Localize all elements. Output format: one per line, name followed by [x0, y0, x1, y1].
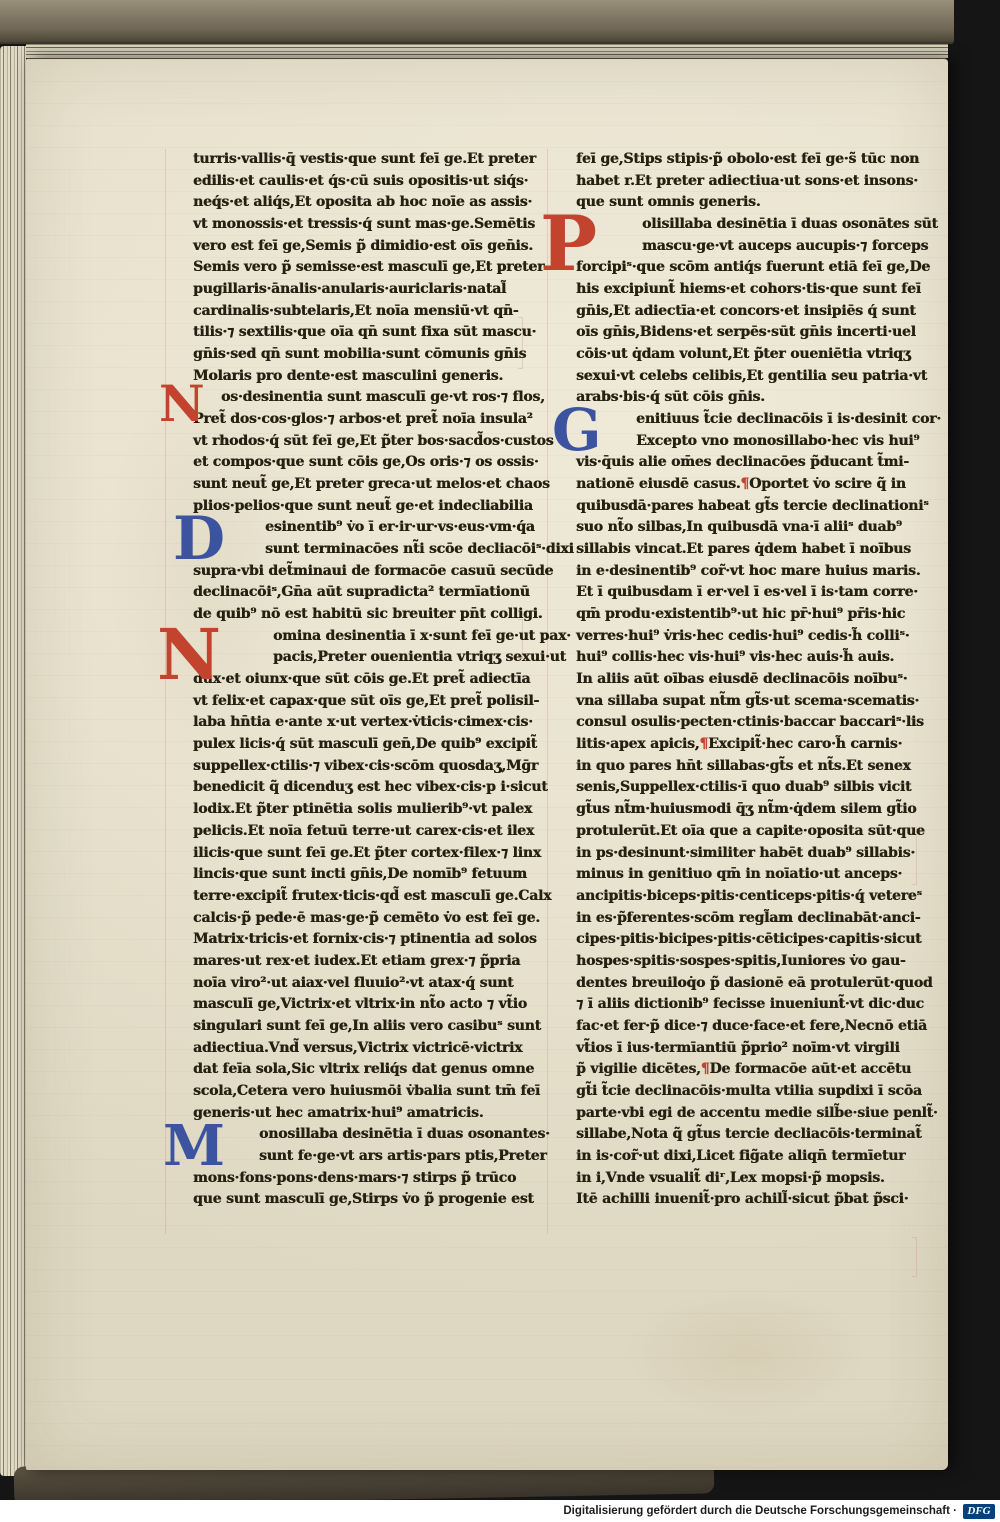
- paragraph: Genitiuus t̃cie declinacōis ī is·desinit…: [576, 409, 938, 1211]
- paragraph: Monosillaba desinētia ī duas osonantes·s…: [193, 1124, 541, 1211]
- dfg-logo: DFG: [963, 1504, 995, 1519]
- text-line: gn̄is,Et adiectīa·et concors·et insipiēs…: [576, 301, 938, 323]
- text-line: suppellex·ctilis·⁊ vibex·cis·scōm quosda…: [193, 756, 541, 778]
- text-line: declinacōiˢ,Gn̄a aūt supradicta² termīat…: [193, 582, 541, 604]
- text-line: forcipiˢ·que scōm antiq́s fuerunt etiā f…: [576, 257, 938, 279]
- text-line: senis,Suppellex·ctilis·ī quo duab⁹ silbi…: [576, 777, 938, 799]
- text-line: ⁊ ī aliis dictionib⁹ fecisse inueniunt̃·…: [576, 994, 938, 1016]
- book-top-edge: [0, 0, 954, 44]
- text-line: calcis·p̃ pede·ē mas·ge·p̃ cemēto v̇o es…: [193, 908, 541, 930]
- text-line: vt monossis·et tressis·q́ sunt mas·ge.Se…: [193, 214, 541, 236]
- text-line: gt̃i t̃cie declinacōis·multa vtilia supd…: [576, 1081, 938, 1103]
- text-line: in quo pares hn̄t sillabas·gt̃s et nt̃s.…: [576, 756, 938, 778]
- illuminated-initial: M: [163, 1118, 225, 1174]
- text-line: in i,Vnde vsualit̃ diʳ,Lex mopsi·p̃ mops…: [576, 1168, 938, 1190]
- text-line: lodix.Et p̃ter ptinētia solis mulierib⁹·…: [193, 799, 541, 821]
- text-line: in es·p̃ferentes·scōm regl̃am declinabāt…: [576, 908, 938, 930]
- text-line: mons·fons·pons·dens·mars·⁊ stirps p̃ trū…: [193, 1168, 541, 1190]
- text-line: Matrix·tricis·et fornix·cis·⁊ ptinentia …: [193, 929, 541, 951]
- text-line: hospes·spitis·sospes·spitis,Iuniores v̇o…: [576, 951, 938, 973]
- text-line: singulari sunt feī ge,In aliis vero casi…: [193, 1016, 541, 1038]
- text-line: sillabe,Nota q̃ gt̃us tercie decliacōis·…: [576, 1124, 938, 1146]
- text-line: onosillaba desinētia ī duas osonantes·: [193, 1124, 541, 1146]
- text-line: arabs·bis·q́ sūt cōis gn̄is.: [576, 387, 938, 409]
- photo-background: turris·vallis·q̄ vestis·que sunt feī ge.…: [0, 0, 1000, 1522]
- text-line: cipes·pitis·bicipes·pitis·cēticipes·capi…: [576, 929, 938, 951]
- text-line: adiectiua.Vnd̃ versus,Victrix victricē·v…: [193, 1038, 541, 1060]
- column-left: turris·vallis·q̄ vestis·que sunt feī ge.…: [193, 149, 541, 1211]
- text-line: feī ge,Stips stipis·p̃ obolo·est feī ge·…: [576, 149, 938, 171]
- page-stack-top-edge: [26, 44, 948, 58]
- text-line: qm̄ produ·existentib⁹·ut hic pr̄·hui⁹ pr…: [576, 604, 938, 626]
- text-line: sunt terminacōes nt̃i scōe decliacōiˢ·di…: [193, 539, 541, 561]
- text-line: hui⁹ collis·hec vis·hui⁹ vis·hec auis·h̃…: [576, 647, 938, 669]
- text-line: gn̄is·sed qn̄ sunt mobilia·sunt cōmunis …: [193, 344, 541, 366]
- text-line: scola,Cetera vero huiusmōi v̇balia sunt …: [193, 1081, 541, 1103]
- text-line: parte·vbi egi de accentu medie silb̃e·si…: [576, 1103, 938, 1125]
- text-line: sunt neut̃ ge,Et preter greca·ut melos·e…: [193, 474, 541, 496]
- dfg-credit-bar: Digitalisierung gefördert durch die Deut…: [0, 1500, 1000, 1522]
- text-line: plios·pelios·que sunt neut̃ ge·et indecl…: [193, 496, 541, 518]
- text-line: tilis·⁊ sextilis·que oīa qn̄ sunt fixa s…: [193, 322, 541, 344]
- text-line: enitiuus t̃cie declinacōis ī is·desinit …: [576, 409, 938, 431]
- text-line: vt felix·et capax·que sūt oīs ge,Et pret…: [193, 691, 541, 713]
- text-line: In aliis aūt oības eiusdē declinacōis no…: [576, 669, 938, 691]
- illuminated-initial: G: [552, 401, 601, 459]
- dfg-credit-text: Digitalisierung gefördert durch die Deut…: [563, 1505, 957, 1517]
- text-line: Itē achilli inuenit̃·pro achill̃·sicut p…: [576, 1189, 938, 1211]
- text-line: vero est feī ge,Semis p̃ dimidio·est oīs…: [193, 236, 541, 258]
- text-line: minus in genitiuo qm̄ in noīatio·ut ance…: [576, 864, 938, 886]
- text-line: quibusdā·pares habeat gt̃s tercie declin…: [576, 496, 938, 518]
- text-line: gt̃us nt̃m·huiusmodi q̄ʒ nt̃m·q̇dem sile…: [576, 799, 938, 821]
- page-stain: [626, 1289, 866, 1419]
- text-line: pulex licis·q́ sūt masculī gen̄,De quib⁹…: [193, 734, 541, 756]
- paragraph: Polisillaba desinētia ī duas osonātes sū…: [576, 214, 938, 409]
- text-line: cardinalis·subtelaris,Et noīa mensiū·vt …: [193, 301, 541, 323]
- page-stack-left-edge: [0, 46, 26, 1476]
- text-line: verres·hui⁹ v̇ris·hec cedis·hui⁹ cedis·h…: [576, 626, 938, 648]
- text-line: supra·vbi det̃minaui de formacōe casuū s…: [193, 561, 541, 583]
- text-line: laba hn̄tia e·ante x·ut vertex·v̇ticis·c…: [193, 712, 541, 734]
- text-line: mares·ut rex·et iudex.Et etiam grex·⁊ p̃…: [193, 951, 541, 973]
- pilcrow-mark: ¶: [699, 736, 708, 752]
- text-line: neq́s·et aliq́s,Et oposita ab hoc noīe a…: [193, 192, 541, 214]
- text-line: os·desinentia sunt masculī ge·vt ros·⁊ f…: [193, 387, 541, 409]
- text-line: vt̃ios ī ius·termīantiū p̃prio² noīm·vt …: [576, 1038, 938, 1060]
- text-line: omina desinentia ī x·sunt feī ge·ut pax·: [193, 626, 541, 648]
- text-line: dux·et oiunx·que sūt cōis ge.Et pret̃ ad…: [193, 669, 541, 691]
- illuminated-initial: D: [173, 509, 225, 569]
- text-line: pugillaris·ānalis·anularis·auriclaris·na…: [193, 279, 541, 301]
- text-line: turris·vallis·q̄ vestis·que sunt feī ge.…: [193, 149, 541, 171]
- text-line: suo nt̃o silbas,In quibusdā vna·ī aliiˢ …: [576, 517, 938, 539]
- text-line: olisillaba desinētia ī duas osonātes sūt: [576, 214, 938, 236]
- illuminated-initial: P: [540, 206, 597, 282]
- text-line: Semis vero p̃ semisse·est masculī ge,Et …: [193, 257, 541, 279]
- text-line: habet r.Et preter adiectiua·ut sons·et i…: [576, 171, 938, 193]
- paragraph: Desinentib⁹ v̇o ī er·ir·ur·vs·eus·vm·q́a…: [193, 517, 541, 625]
- text-line: edilis·et caulis·et q́s·cū suis opositis…: [193, 171, 541, 193]
- text-line: benedicit q̃ dicenduʒ est hec vibex·cis·…: [193, 777, 541, 799]
- text-line: dat feīa sola,Sic vltrix reliq́s dat gen…: [193, 1059, 541, 1081]
- text-line: noīa viro²·ut aiax·vel fluuio²·vt atax·q…: [193, 973, 541, 995]
- text-line: oīs gn̄is,Bidens·et serpēs·sūt gn̄is inc…: [576, 322, 938, 344]
- text-line: esinentib⁹ v̇o ī er·ir·ur·vs·eus·vm·q́a: [193, 517, 541, 539]
- illuminated-initial: N: [159, 379, 205, 429]
- pilcrow-mark: ¶: [740, 476, 749, 492]
- paragraph: Nomina desinentia ī x·sunt feī ge·ut pax…: [193, 626, 541, 1124]
- text-line: ilicis·que sunt feī ge.Et p̃ter cortex·f…: [193, 843, 541, 865]
- column-right: feī ge,Stips stipis·p̃ obolo·est feī ge·…: [576, 149, 938, 1211]
- text-line: mascu·ge·vt auceps aucupis·⁊ forceps: [576, 236, 938, 258]
- paragraph: turris·vallis·q̄ vestis·que sunt feī ge.…: [193, 149, 541, 387]
- text-line: Et ī quibusdam ī er·vel ī es·vel ī is·ta…: [576, 582, 938, 604]
- text-line: sillabis vincat.Et pares q̇dem habet ī n…: [576, 539, 938, 561]
- text-line: et compos·que sunt cōis ge,Os oris·⁊ os …: [193, 452, 541, 474]
- text-line: Molaris pro dente·est masculini generis.: [193, 366, 541, 388]
- text-line: pelicis.Et noīa fetuū terre·ut carex·cis…: [193, 821, 541, 843]
- text-line: de quib⁹ nō est habitū sic breuiter pn̄t…: [193, 604, 541, 626]
- text-line: terre·excipit̃ frutex·ticis·qd̃ est masc…: [193, 886, 541, 908]
- text-line: que sunt masculī ge,Stirps v̇o p̃ progen…: [193, 1189, 541, 1211]
- text-line: generis·ut hec amatrix·hui⁹ amatricis.: [193, 1103, 541, 1125]
- text-line: pacis,Preter ouenientia vtriqʒ sexui·ut: [193, 647, 541, 669]
- text-line: in is·cor̃·ut dixi,Licet fig̃ate aliqn̄ …: [576, 1146, 938, 1168]
- text-line: p̃ vigilie dicētes,¶De formacōe aūt·et a…: [576, 1059, 938, 1081]
- pilcrow-mark: ¶: [701, 1061, 710, 1077]
- text-line: protulerūt.Et oīa que a capite·oposita s…: [576, 821, 938, 843]
- text-line: vis·q̄uis alie om̄es declinacōes p̃ducan…: [576, 452, 938, 474]
- illuminated-initial: N: [157, 620, 221, 690]
- ruling-line: [547, 149, 548, 1234]
- text-line: sexui·vt celebs celibis,Et gentilia seu …: [576, 366, 938, 388]
- text-line: consul osulis·pecten·ctinis·baccar bacca…: [576, 712, 938, 734]
- rubric-mark: [912, 1237, 917, 1277]
- text-line: cōis·ut q̇dam volunt,Et p̃ter oueniētia …: [576, 344, 938, 366]
- text-line: litis·apex apicis,¶Excipit̃·hec caro·h̃ …: [576, 734, 938, 756]
- text-line: vt rhodos·q́ sūt feī ge,Et p̃ter bos·sac…: [193, 431, 541, 453]
- paragraph: feī ge,Stips stipis·p̃ obolo·est feī ge·…: [576, 149, 938, 214]
- text-line: in e·desinentib⁹ cor̃·vt hoc mare huius …: [576, 561, 938, 583]
- text-line: Pret̃ dos·cos·glos·⁊ arbos·et pret̃ noīa…: [193, 409, 541, 431]
- text-line: ancipitis·biceps·pitis·centiceps·pitis·q…: [576, 886, 938, 908]
- text-line: que sunt omnis generis.: [576, 192, 938, 214]
- text-line: dentes breuiloq̇o p̃ dasionē eā protuler…: [576, 973, 938, 995]
- text-line: lincis·que sunt incti gn̄is,De nomīb⁹ fe…: [193, 864, 541, 886]
- text-line: fac·et fer·p̃ dice·⁊ duce·face·et fere,N…: [576, 1016, 938, 1038]
- text-line: masculī ge,Victrix·et vltrix·in nt̃o act…: [193, 994, 541, 1016]
- paragraph: Nos·desinentia sunt masculī ge·vt ros·⁊ …: [193, 387, 541, 517]
- text-line: vna sillaba supat nt̃m gt̃s·ut scema·sce…: [576, 691, 938, 713]
- text-line: nationē eiusdē casus.¶Oportet v̇o scire …: [576, 474, 938, 496]
- text-line: sunt fe·ge·vt ars artis·pars ptis,Preter: [193, 1146, 541, 1168]
- manuscript-page: turris·vallis·q̄ vestis·que sunt feī ge.…: [26, 58, 948, 1470]
- text-line: Excepto vno monosillabo·hec vis hui⁹: [576, 431, 938, 453]
- text-line: in ps·desinunt·similiter habēt duab⁹ sil…: [576, 843, 938, 865]
- text-line: his excipiunt̃ hiems·et cohors·tis·que s…: [576, 279, 938, 301]
